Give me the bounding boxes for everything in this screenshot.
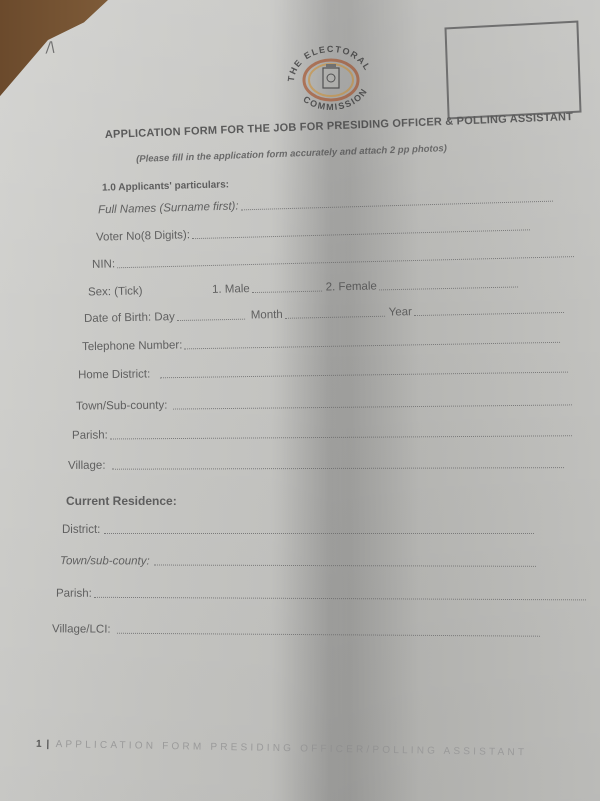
full-names-field[interactable]: Full Names (Surname first): — [98, 192, 553, 217]
current-district-label: District: — [62, 524, 104, 536]
current-town-subcounty-field[interactable]: Town/sub-county: — [60, 555, 536, 569]
dob-year-input-line[interactable] — [414, 312, 564, 316]
current-parish-label: Parish: — [56, 588, 94, 600]
telephone-input-line[interactable] — [184, 342, 560, 350]
section-applicant-particulars: 1.0 Applicants' particulars: — [102, 179, 229, 193]
dob-year-label: Year — [385, 306, 414, 319]
current-parish-field[interactable]: Parish: — [56, 588, 586, 603]
town-subcounty-field[interactable]: Town/Sub-county: — [76, 395, 572, 412]
current-district-field[interactable]: District: — [62, 524, 534, 536]
nin-field[interactable]: NIN: — [92, 247, 574, 271]
town-subcounty-label: Town/Sub-county: — [76, 400, 174, 413]
page-number: 1 | — [36, 739, 50, 750]
sex-field[interactable]: Sex: (Tick) 1. Male 2. Female — [88, 277, 518, 298]
full-names-input-line[interactable] — [241, 201, 553, 211]
ballot-box-emblem-icon — [323, 64, 339, 88]
voter-no-label: Voter No(8 Digits): — [96, 229, 192, 244]
current-town-subcounty-label: Town/sub-county: — [60, 555, 154, 567]
passport-photo-box[interactable] — [444, 21, 581, 120]
sex-label: Sex: (Tick) — [88, 284, 212, 299]
footer-text: APPLICATION FORM PRESIDING OFFICER/POLLI… — [56, 739, 528, 758]
current-district-input-line[interactable] — [104, 533, 534, 534]
home-district-label: Home District: — [78, 368, 160, 381]
telephone-field[interactable]: Telephone Number: — [82, 333, 560, 353]
paper-sheet: /\ THE ELECTORAL COMMISSION APPLICATION … — [0, 0, 600, 801]
dob-month-label: Month — [245, 309, 285, 322]
dob-month-input-line[interactable] — [285, 316, 385, 319]
voter-no-input-line[interactable] — [192, 229, 530, 239]
current-village-lc1-field[interactable]: Village/LCI: — [52, 623, 540, 638]
nin-label: NIN: — [92, 258, 117, 271]
date-of-birth-field[interactable]: Date of Birth: Day Month Year — [84, 303, 564, 325]
current-village-lc1-label: Village/LCI: — [52, 623, 117, 635]
village-label: Village: — [68, 460, 112, 472]
town-subcounty-input-line[interactable] — [173, 404, 572, 409]
parish-field[interactable]: Parish: — [72, 426, 572, 441]
home-district-field[interactable]: Home District: — [78, 363, 568, 382]
village-field[interactable]: Village: — [68, 458, 564, 472]
full-names-label: Full Names (Surname first): — [98, 200, 241, 216]
section-current-residence: Current Residence: — [66, 494, 177, 508]
parish-input-line[interactable] — [110, 435, 572, 439]
form-instructions: (Please fill in the application form acc… — [136, 140, 536, 165]
nin-input-line[interactable] — [117, 256, 574, 268]
current-town-subcounty-input-line[interactable] — [154, 564, 536, 566]
sex-female-option[interactable]: 2. Female — [322, 280, 379, 293]
electoral-commission-logo: THE ELECTORAL COMMISSION — [276, 40, 386, 112]
sex-male-option[interactable]: 1. Male — [212, 283, 252, 296]
village-input-line[interactable] — [112, 467, 564, 470]
home-district-input-line[interactable] — [160, 372, 568, 379]
telephone-label: Telephone Number: — [82, 339, 185, 353]
page-mark: /\ — [45, 40, 55, 59]
female-tick-line[interactable] — [379, 286, 518, 290]
dob-day-input-line[interactable] — [177, 319, 245, 321]
form-title: APPLICATION FORM FOR THE JOB FOR PRESIDI… — [104, 111, 574, 141]
parish-label: Parish: — [72, 429, 110, 441]
male-tick-line[interactable] — [252, 291, 322, 293]
page-footer: 1 | APPLICATION FORM PRESIDING OFFICER/P… — [36, 739, 527, 759]
current-village-lc1-input-line[interactable] — [117, 633, 540, 637]
voter-no-field[interactable]: Voter No(8 Digits): — [96, 220, 530, 243]
dob-day-label: Date of Birth: Day — [84, 311, 177, 325]
current-parish-input-line[interactable] — [94, 597, 586, 601]
